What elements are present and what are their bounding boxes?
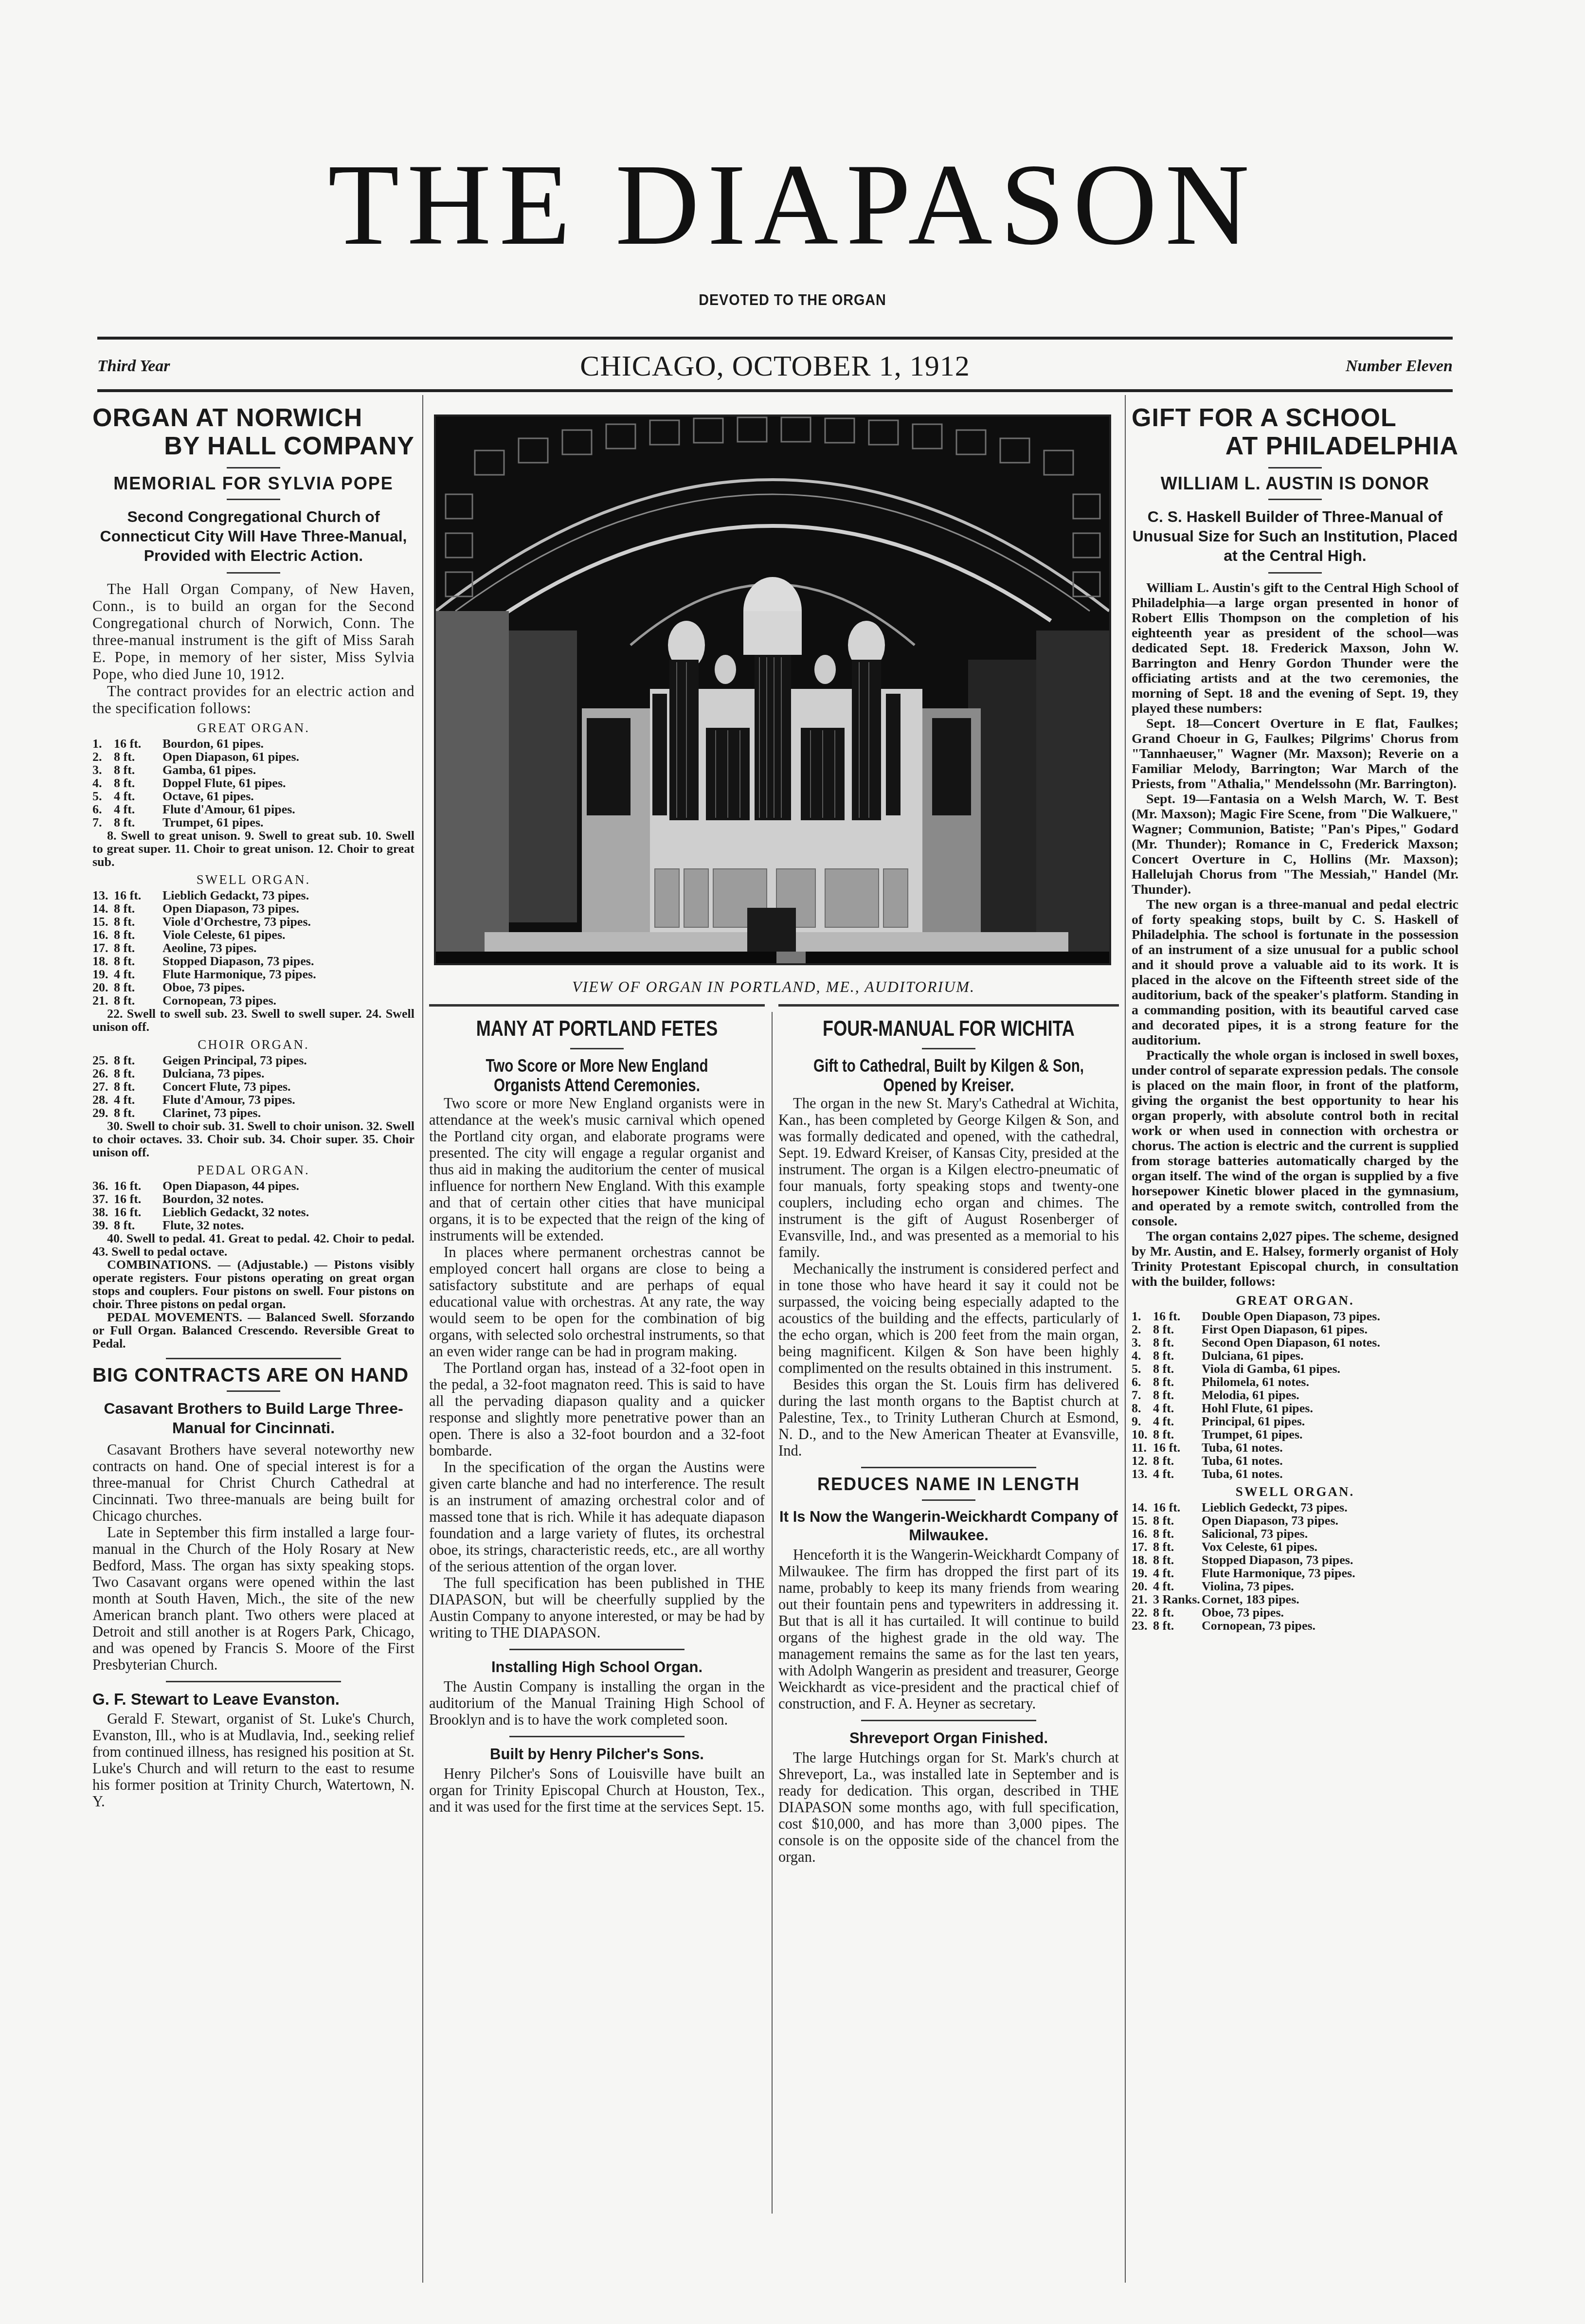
spec-row: 39.8 ft.Flute, 32 notes.: [92, 1219, 414, 1232]
spec-row: 19.4 ft.Flute Harmonique, 73 pipes.: [92, 968, 414, 981]
headline: FOUR-MANUAL FOR WICHITA: [809, 1017, 1088, 1041]
divider: [861, 1467, 1036, 1468]
spec-section-title: CHOIR ORGAN.: [92, 1036, 414, 1053]
couplers: 22. Swell to swell sub. 23. Swell to swe…: [92, 1007, 414, 1033]
spec-section-title: GREAT ORGAN.: [92, 720, 414, 736]
headline: REDUCES NAME IN LENGTH: [778, 1476, 1119, 1493]
spec-section-title: GREAT ORGAN.: [1132, 1292, 1459, 1309]
pedal-movements: PEDAL MOVEMENTS. — Balanced Swell. Sforz…: [92, 1311, 414, 1350]
paragraph: In places where permanent orchestras can…: [429, 1244, 765, 1360]
headline-line-1: ORGAN AT NORWICH: [92, 404, 362, 432]
paragraph: The contract provides for an electric ac…: [92, 683, 414, 717]
masthead: THE DIAPASON DEVOTED TO THE ORGAN: [0, 146, 1585, 309]
paragraph: William L. Austin's gift to the Central …: [1132, 580, 1459, 716]
divider: [922, 1048, 975, 1049]
spec-row: 11.16 ft.Tuba, 61 notes.: [1132, 1441, 1459, 1454]
headline: G. F. Stewart to Leave Evanston.: [92, 1690, 414, 1709]
divider: [922, 1499, 975, 1501]
article-wichita: FOUR-MANUAL FOR WICHITA Gift to Cathedra…: [778, 1017, 1119, 1865]
paragraph: In the specification of the organ the Au…: [429, 1459, 765, 1575]
subdeck: Gift to Cathedral, Built by Kilgen & Son…: [809, 1056, 1088, 1095]
spec-row: 8.4 ft.Hohl Flute, 61 pipes.: [1132, 1402, 1459, 1415]
spec-row: 37.16 ft.Bourdon, 32 notes.: [92, 1192, 414, 1206]
spec-row: 2.8 ft.Open Diapason, 61 pipes.: [92, 750, 414, 763]
dateline: CHICAGO, OCTOBER 1, 1912: [97, 349, 1453, 383]
deck: MEMORIAL FOR SYLVIA POPE: [92, 475, 414, 492]
paragraph: Mechanically the instrument is considere…: [778, 1261, 1119, 1376]
couplers: 40. Swell to pedal. 41. Great to pedal. …: [92, 1232, 414, 1258]
headline-line-1: GIFT FOR A SCHOOL: [1132, 404, 1397, 432]
spec-list-pedal: 36.16 ft.Open Diapason, 44 pipes. 37.16 …: [92, 1179, 414, 1232]
divider: [1268, 467, 1322, 468]
spec-row: 2.8 ft.First Open Diapason, 61 pipes.: [1132, 1323, 1459, 1336]
paragraph: The organ in the new St. Mary's Cathedra…: [778, 1095, 1119, 1261]
paragraph: The organ contains 2,027 pipes. The sche…: [1132, 1229, 1459, 1289]
spec-row: 3.8 ft.Gamba, 61 pipes.: [92, 763, 414, 776]
couplers: 8. Swell to great unison. 9. Swell to gr…: [92, 829, 414, 868]
spec-row: 16.8 ft.Viole Celeste, 61 pipes.: [92, 928, 414, 941]
headline: ORGAN AT NORWICH BY HALL COMPANY: [92, 404, 414, 460]
spec-row: 1.16 ft.Double Open Diapason, 73 pipes.: [1132, 1310, 1459, 1323]
subdeck: Casavant Brothers to Build Large Three-M…: [92, 1399, 414, 1438]
paragraph: The new organ is a three-manual and peda…: [1132, 897, 1459, 1048]
spec-list-swell: 14.16 ft.Lieblich Gedeckt, 73 pipes. 15.…: [1132, 1501, 1459, 1632]
headline-line-2: AT PHILADELPHIA: [1132, 432, 1459, 460]
tagline: DEVOTED TO THE ORGAN: [79, 291, 1506, 309]
paragraph: Besides this organ the St. Louis firm ha…: [778, 1376, 1119, 1459]
spec-row: 13.16 ft.Lieblich Gedackt, 73 pipes.: [92, 889, 414, 902]
spec-row: 21.8 ft.Cornopean, 73 pipes.: [92, 994, 414, 1007]
subdeck: It Is Now the Wangerin-Weickhardt Compan…: [778, 1508, 1119, 1545]
spec-row: 15.8 ft.Viole d'Orchestre, 73 pipes.: [92, 915, 414, 928]
spec-row: 23.8 ft.Cornopean, 73 pipes.: [1132, 1619, 1459, 1632]
section-rule: [778, 1004, 1119, 1007]
divider: [166, 1681, 341, 1682]
divider: [227, 467, 280, 468]
spec-row: 12.8 ft.Tuba, 61 notes.: [1132, 1454, 1459, 1467]
spec-list-great: 1.16 ft.Bourdon, 61 pipes. 2.8 ft.Open D…: [92, 737, 414, 829]
spec-row: 15.8 ft.Open Diapason, 73 pipes.: [1132, 1514, 1459, 1527]
headline: Shreveport Organ Finished.: [778, 1729, 1119, 1748]
spec-row: 20.4 ft.Violina, 73 pipes.: [1132, 1580, 1459, 1593]
spec-row: 7.8 ft.Melodia, 61 pipes.: [1132, 1388, 1459, 1402]
column-divider: [422, 395, 423, 2283]
spec-row: 6.4 ft.Flute d'Amour, 61 pipes.: [92, 803, 414, 816]
spec-row: 29.8 ft.Clarinet, 73 pipes.: [92, 1106, 414, 1119]
divider: [227, 499, 280, 500]
headline: Installing High School Organ.: [429, 1658, 765, 1676]
spec-row: 36.16 ft.Open Diapason, 44 pipes.: [92, 1179, 414, 1192]
divider: [861, 1720, 1036, 1721]
paragraph: The full specification has been publishe…: [429, 1575, 765, 1641]
couplers: 30. Swell to choir sub. 31. Swell to cho…: [92, 1119, 414, 1159]
spec-row: 5.4 ft.Octave, 61 pipes.: [92, 790, 414, 803]
article-philadelphia: GIFT FOR A SCHOOL AT PHILADELPHIA WILLIA…: [1132, 404, 1459, 1632]
column-divider: [1125, 395, 1126, 2283]
spec-section-title: SWELL ORGAN.: [92, 871, 414, 888]
spec-row: 26.8 ft.Dulciana, 73 pipes.: [92, 1067, 414, 1080]
spec-row: 38.16 ft.Lieblich Gedackt, 32 notes.: [92, 1206, 414, 1219]
spec-row: 27.8 ft.Concert Flute, 73 pipes.: [92, 1080, 414, 1093]
spec-list-great: 1.16 ft.Double Open Diapason, 73 pipes. …: [1132, 1310, 1459, 1480]
paragraph: Gerald F. Stewart, organist of St. Luke'…: [92, 1711, 414, 1810]
paragraph: The large Hutchings organ for St. Mark's…: [778, 1749, 1119, 1865]
headline: Built by Henry Pilcher's Sons.: [429, 1745, 765, 1764]
paragraph: The Portland organ has, instead of a 32-…: [429, 1360, 765, 1459]
headline: BIG CONTRACTS ARE ON HAND: [92, 1367, 414, 1384]
combinations: COMBINATIONS. — (Adjustable.) — Pistons …: [92, 1258, 414, 1311]
column-divider: [772, 1012, 773, 2214]
deck: WILLIAM L. AUSTIN IS DONOR: [1132, 475, 1459, 492]
spec-row: 4.8 ft.Doppel Flute, 61 pipes.: [92, 776, 414, 790]
spec-row: 13.4 ft.Tuba, 61 notes.: [1132, 1467, 1459, 1480]
paragraph: Late in September this firm installed a …: [92, 1524, 414, 1673]
subdeck: Second Congregational Church of Connecti…: [92, 507, 414, 565]
spec-row: 18.8 ft.Stopped Diapason, 73 pipes.: [1132, 1553, 1459, 1567]
spec-row: 3.8 ft.Second Open Diapason, 61 notes.: [1132, 1336, 1459, 1349]
headline: MANY AT PORTLAND FETES: [459, 1017, 735, 1041]
paragraph: Sept. 19—Fantasia on a Welsh March, W. T…: [1132, 792, 1459, 897]
issue-number: Number Eleven: [1346, 357, 1453, 376]
subdeck: C. S. Haskell Builder of Three-Manual of…: [1132, 507, 1459, 565]
newspaper-title: THE DIAPASON: [0, 146, 1585, 263]
spec-row: 17.8 ft.Vox Celeste, 61 pipes.: [1132, 1540, 1459, 1553]
auditorium-organ-image: [436, 416, 1109, 963]
divider: [1268, 572, 1322, 574]
spec-row: 14.16 ft.Lieblich Gedeckt, 73 pipes.: [1132, 1501, 1459, 1514]
spec-row: 4.8 ft.Dulciana, 61 pipes.: [1132, 1349, 1459, 1362]
divider: [166, 1358, 341, 1359]
spec-row: 10.8 ft.Trumpet, 61 pipes.: [1132, 1428, 1459, 1441]
spec-section-title: PEDAL ORGAN.: [92, 1162, 414, 1178]
article-portland: MANY AT PORTLAND FETES Two Score or More…: [429, 1017, 765, 1815]
photo-caption: VIEW OF ORGAN IN PORTLAND, ME., AUDITORI…: [428, 978, 1119, 996]
spec-row: 9.4 ft.Principal, 61 pipes.: [1132, 1415, 1459, 1428]
divider: [570, 1048, 624, 1049]
paragraph: The Hall Organ Company, of New Haven, Co…: [92, 580, 414, 683]
paragraph: The Austin Company is installing the org…: [429, 1678, 765, 1728]
divider: [1268, 499, 1322, 500]
spec-list-choir: 25.8 ft.Geigen Principal, 73 pipes. 26.8…: [92, 1054, 414, 1119]
masthead-rule-bottom: [97, 389, 1453, 392]
spec-row: 21.3 Ranks.Cornet, 183 pipes.: [1132, 1593, 1459, 1606]
paragraph: Practically the whole organ is inclosed …: [1132, 1048, 1459, 1229]
spec-row: 6.8 ft.Philomela, 61 notes.: [1132, 1375, 1459, 1388]
organ-photo: [434, 414, 1111, 965]
masthead-rule-top: [97, 337, 1453, 340]
headline: GIFT FOR A SCHOOL AT PHILADELPHIA: [1132, 404, 1459, 460]
dateline-bar: Third Year CHICAGO, OCTOBER 1, 1912 Numb…: [97, 346, 1453, 385]
spec-row: 17.8 ft.Aeoline, 73 pipes.: [92, 941, 414, 955]
section-rule: [429, 1004, 765, 1007]
headline-line-2: BY HALL COMPANY: [92, 432, 414, 460]
paragraph: Henceforth it is the Wangerin-Weickhardt…: [778, 1547, 1119, 1712]
paragraph: Henry Pilcher's Sons of Louisville have …: [429, 1766, 765, 1815]
paragraph: Two score or more New England organists …: [429, 1095, 765, 1244]
spec-row: 28.4 ft.Flute d'Amour, 73 pipes.: [92, 1093, 414, 1106]
spec-row: 14.8 ft.Open Diapason, 73 pipes.: [92, 902, 414, 915]
article-norwich: ORGAN AT NORWICH BY HALL COMPANY MEMORIA…: [92, 404, 414, 1810]
spec-section-title: SWELL ORGAN.: [1132, 1483, 1459, 1500]
spec-row: 7.8 ft.Trumpet, 61 pipes.: [92, 816, 414, 829]
divider: [509, 1736, 684, 1737]
spec-row: 16.8 ft.Salicional, 73 pipes.: [1132, 1527, 1459, 1540]
spec-list-swell: 13.16 ft.Lieblich Gedackt, 73 pipes. 14.…: [92, 889, 414, 1007]
divider: [227, 1390, 280, 1392]
paragraph: Sept. 18—Concert Overture in E flat, Fau…: [1132, 716, 1459, 792]
spec-row: 20.8 ft.Oboe, 73 pipes.: [92, 981, 414, 994]
spec-row: 19.4 ft.Flute Harmonique, 73 pipes.: [1132, 1567, 1459, 1580]
paragraph: Casavant Brothers have several noteworth…: [92, 1441, 414, 1524]
spec-row: 22.8 ft.Oboe, 73 pipes.: [1132, 1606, 1459, 1619]
spec-row: 5.8 ft.Viola di Gamba, 61 pipes.: [1132, 1362, 1459, 1375]
subdeck: Two Score or More New England Organists …: [459, 1056, 735, 1095]
divider: [227, 572, 280, 574]
divider: [509, 1649, 684, 1650]
spec-row: 25.8 ft.Geigen Principal, 73 pipes.: [92, 1054, 414, 1067]
spec-row: 1.16 ft.Bourdon, 61 pipes.: [92, 737, 414, 750]
spec-row: 18.8 ft.Stopped Diapason, 73 pipes.: [92, 955, 414, 968]
